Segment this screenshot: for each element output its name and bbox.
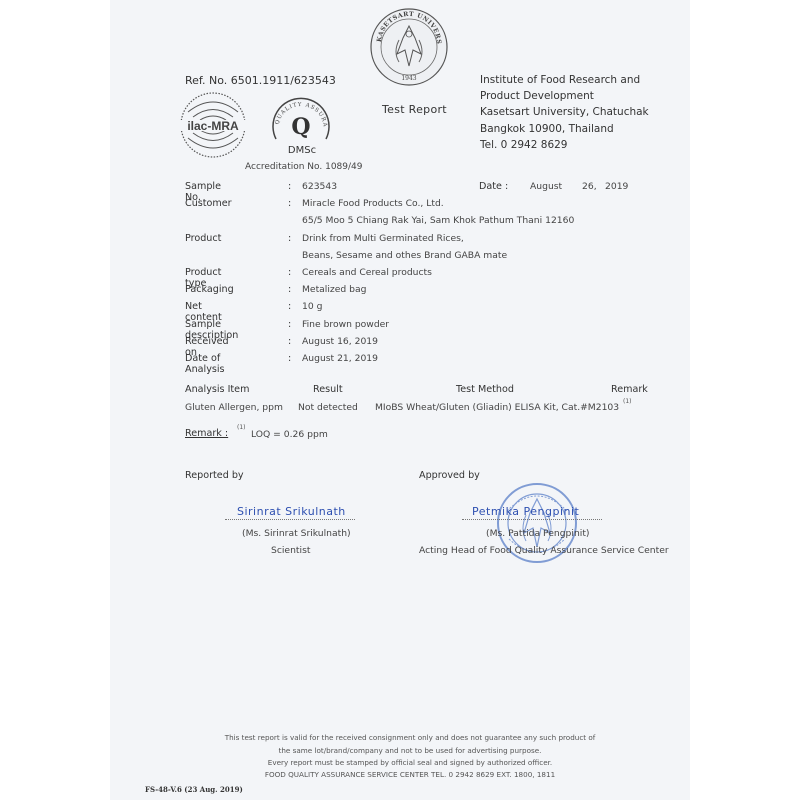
field-label: Customer (185, 198, 232, 209)
svg-text:DMSc: DMSc (288, 145, 316, 156)
signature-line (462, 519, 602, 520)
field-value: Beans, Sesame and othes Brand GABA mate (302, 250, 507, 261)
reported-by-heading: Reported by (185, 470, 244, 481)
reference-number: Ref. No. 6501.1911/623543 (185, 74, 336, 87)
footer-disclaimer-line: Every report must be stamped by official… (200, 758, 620, 767)
svg-text:ilac-MRA: ilac-MRA (187, 119, 239, 133)
field-colon: : (288, 336, 291, 347)
accreditation-number: Accreditation No. 1089/49 (245, 162, 362, 172)
field-label: Product (185, 233, 221, 244)
institute-line: Product Development (480, 88, 649, 104)
institute-line: Tel. 0 2942 8629 (480, 137, 649, 153)
institute-address: Institute of Food Research and Product D… (480, 72, 649, 153)
field-colon: : (288, 267, 291, 278)
field-value: August 16, 2019 (302, 336, 378, 347)
column-header-remark: Remark (611, 384, 648, 395)
date-month: August (530, 181, 562, 192)
signature-line (225, 519, 355, 520)
approved-signature: Petmika Pengpinit (472, 505, 579, 518)
field-colon: : (288, 319, 291, 330)
field-colon: : (288, 353, 291, 364)
field-label: Packaging (185, 284, 234, 295)
field-value: 623543 (302, 181, 337, 192)
svg-text:Q: Q (291, 114, 310, 140)
field-colon: : (288, 233, 291, 244)
remark-text: LOQ = 0.26 ppm (251, 429, 328, 440)
field-value: Metalized bag (302, 284, 366, 295)
institute-line: Kasetsart University, Chatuchak (480, 104, 649, 120)
approved-by-title: Acting Head of Food Quality Assurance Se… (419, 545, 669, 556)
field-value: Drink from Multi Germinated Rices, (302, 233, 464, 244)
field-value: 10 g (302, 301, 322, 312)
footer-disclaimer-line: the same lot/brand/company and not to be… (200, 746, 620, 755)
field-value: Cereals and Cereal products (302, 267, 432, 278)
cell-remark: (1) (623, 398, 632, 405)
column-header-result: Result (313, 384, 343, 395)
date-day: 26, (582, 181, 597, 192)
reported-by-title: Scientist (271, 545, 310, 556)
dmsc-quality-assurance-logo-icon: QUALITY ASSURANCE Q DMSc (268, 93, 334, 159)
ilac-mra-logo-icon: ilac-MRA (178, 90, 248, 160)
field-value: August 21, 2019 (302, 353, 378, 364)
field-label: Date of Analysis (185, 353, 225, 375)
reported-by-name: (Ms. Sirinrat Srikulnath) (242, 528, 351, 539)
approved-by-heading: Approved by (419, 470, 480, 481)
institute-line: Bangkok 10900, Thailand (480, 121, 649, 137)
date-label: Date : (479, 181, 508, 192)
field-colon: : (288, 181, 291, 192)
date-year: 2019 (605, 181, 628, 192)
cell-analysis-item: Gluten Allergen, ppm (185, 402, 283, 413)
remark-label: Remark : (185, 428, 228, 439)
field-colon: : (288, 198, 291, 209)
kasetsart-university-seal-icon: KASETSART UNIVERSITY 1943 (369, 4, 449, 90)
cell-result: Not detected (298, 402, 358, 413)
footer-contact-line: FOOD QUALITY ASSURANCE SERVICE CENTER TE… (200, 770, 620, 779)
field-value: 65/5 Moo 5 Chiang Rak Yai, Sam Khok Path… (302, 215, 574, 226)
column-header-test-method: Test Method (456, 384, 514, 395)
field-value: Fine brown powder (302, 319, 389, 330)
field-colon: : (288, 284, 291, 295)
field-colon: : (288, 301, 291, 312)
institute-line: Institute of Food Research and (480, 72, 649, 88)
reported-signature: Sirinrat Srikulnath (237, 505, 346, 518)
remark-marker: (1) (237, 424, 246, 431)
svg-text:1943: 1943 (401, 75, 416, 82)
column-header-analysis-item: Analysis Item (185, 384, 249, 395)
cell-test-method: MIoBS Wheat/Gluten (Gliadin) ELISA Kit, … (375, 402, 619, 413)
approved-by-name: (Ms. Pattida Pengpinit) (486, 528, 590, 539)
footer-disclaimer-line: This test report is valid for the receiv… (200, 733, 620, 742)
field-value: Miracle Food Products Co., Ltd. (302, 198, 444, 209)
form-code: FS-48-V.6 (23 Aug. 2019) (145, 785, 243, 794)
document-title: Test Report (382, 103, 447, 116)
